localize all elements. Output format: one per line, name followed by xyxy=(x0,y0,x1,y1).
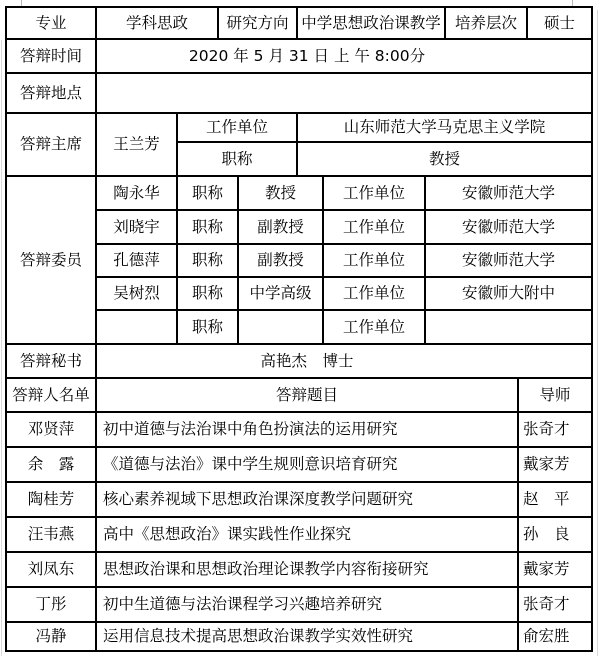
student-name: 邓贤萍 xyxy=(7,413,97,448)
committee-unit-value: 安徽师范大学 xyxy=(426,211,593,245)
direction-label: 研究方向 xyxy=(219,8,298,40)
chair-unit-label: 工作单位 xyxy=(178,114,298,143)
committee-unit-label: 工作单位 xyxy=(324,278,426,311)
student-topic: 《道德与法治》课中学生规则意识培育研究 xyxy=(97,448,519,483)
committee-member-name: 刘晓宇 xyxy=(97,211,178,245)
student-name: 余 露 xyxy=(7,448,97,483)
student-name: 陶桂芳 xyxy=(7,483,97,518)
committee-unit-label: 工作单位 xyxy=(324,311,426,345)
committee-member-name: 陶永华 xyxy=(97,177,178,211)
level-value: 硕士 xyxy=(528,8,593,40)
committee-member-name xyxy=(97,311,178,345)
student-topic: 运用信息技术提高思想政治课教学实效性研究 xyxy=(97,623,519,652)
committee-unit-label: 工作单位 xyxy=(324,245,426,278)
committee-unit-label: 工作单位 xyxy=(324,211,426,245)
committee-title-value xyxy=(239,311,324,345)
roster-header-topic: 答辩题目 xyxy=(97,379,519,413)
committee-unit-value: 安徽师大附中 xyxy=(426,278,593,311)
student-topic: 高中《思想政治》课实践性作业探究 xyxy=(97,518,519,553)
direction-value: 中学思想政治课教学 xyxy=(298,8,446,40)
committee-title-value: 中学高级 xyxy=(239,278,324,311)
student-advisor: 张奇才 xyxy=(519,588,593,623)
roster-header-name: 答辩人名单 xyxy=(7,379,97,413)
defense-time-value: 2020 年 5 月 31 日 上 午 8:00分 xyxy=(97,40,593,74)
committee-member-name: 孔德萍 xyxy=(97,245,178,278)
student-advisor: 赵 平 xyxy=(519,483,593,518)
defense-schedule-table: 专业 学科思政 研究方向 中学思想政治课教学 培养层次 硕士 答辩时间 2020… xyxy=(5,6,593,652)
chair-name: 王兰芳 xyxy=(97,114,178,177)
secretary-value: 高艳杰 博士 xyxy=(97,345,593,379)
student-advisor: 戴家芳 xyxy=(519,553,593,588)
committee-title-label: 职称 xyxy=(178,177,239,211)
student-name: 冯静 xyxy=(7,623,97,652)
page-edge-left xyxy=(1,40,2,656)
committee-unit-value: 安徽师范大学 xyxy=(426,245,593,278)
student-topic: 初中生道德与法治课程学习兴趣培养研究 xyxy=(97,588,519,623)
chair-label: 答辩主席 xyxy=(7,114,97,177)
committee-label: 答辩委员 xyxy=(7,177,97,345)
student-advisor: 张奇才 xyxy=(519,413,593,448)
chair-unit-value: 山东师范大学马克思主义学院 xyxy=(298,114,593,143)
level-label: 培养层次 xyxy=(446,8,528,40)
student-name: 汪韦燕 xyxy=(7,518,97,553)
committee-title-value: 副教授 xyxy=(239,245,324,278)
student-name: 刘凤东 xyxy=(7,553,97,588)
committee-title-label: 职称 xyxy=(178,211,239,245)
major-label: 专业 xyxy=(7,8,97,40)
student-advisor: 俞宏胜 xyxy=(519,623,593,652)
chair-title-label: 职称 xyxy=(178,143,298,177)
student-topic: 核心素养视域下思想政治课深度教学问题研究 xyxy=(97,483,519,518)
committee-member-name: 吴树烈 xyxy=(97,278,178,311)
committee-title-label: 职称 xyxy=(178,311,239,345)
committee-unit-label: 工作单位 xyxy=(324,177,426,211)
committee-unit-value xyxy=(426,311,593,345)
committee-title-value: 副教授 xyxy=(239,211,324,245)
roster-header-advisor: 导师 xyxy=(519,379,593,413)
student-topic: 思想政治课和思想政治理论课教学内容衔接研究 xyxy=(97,553,519,588)
chair-title-value: 教授 xyxy=(298,143,593,177)
student-topic: 初中道德与法治课中角色扮演法的运用研究 xyxy=(97,413,519,448)
committee-title-label: 职称 xyxy=(178,278,239,311)
student-advisor: 戴家芳 xyxy=(519,448,593,483)
secretary-label: 答辩秘书 xyxy=(7,345,97,379)
committee-title-value: 教授 xyxy=(239,177,324,211)
defense-location-value xyxy=(97,74,593,114)
student-name: 丁彤 xyxy=(7,588,97,623)
defense-location-label: 答辩地点 xyxy=(7,74,97,114)
student-advisor: 孙 良 xyxy=(519,518,593,553)
committee-unit-value: 安徽师范大学 xyxy=(426,177,593,211)
page-edge-right xyxy=(597,10,598,656)
major-value: 学科思政 xyxy=(97,8,219,40)
committee-title-label: 职称 xyxy=(178,245,239,278)
defense-time-label: 答辩时间 xyxy=(7,40,97,74)
